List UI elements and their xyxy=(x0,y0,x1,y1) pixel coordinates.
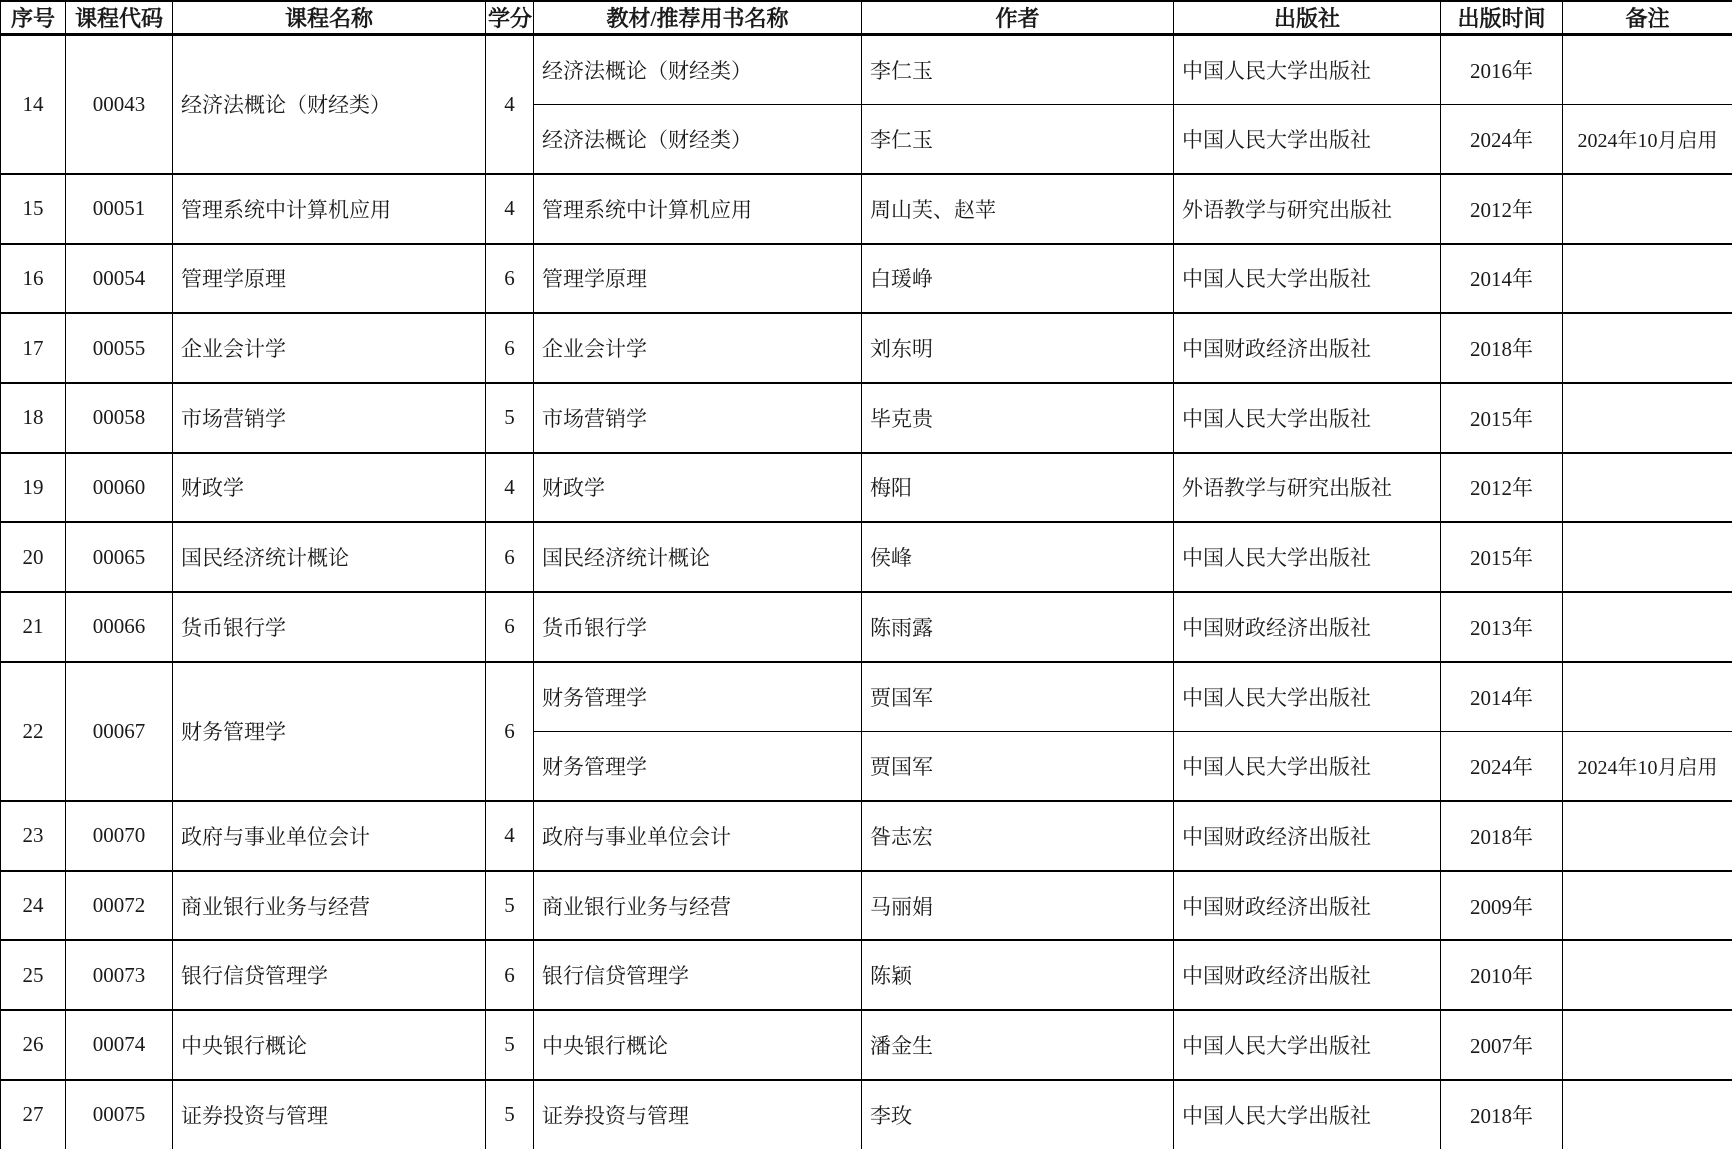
cell-serial: 21 xyxy=(1,592,66,662)
column-header-publisher: 出版社 xyxy=(1174,1,1441,35)
cell-publish-year: 2024年 xyxy=(1441,731,1563,801)
cell-author: 潘金生 xyxy=(862,1010,1174,1080)
cell-serial: 17 xyxy=(1,313,66,383)
cell-credits: 5 xyxy=(486,383,534,453)
cell-author: 李仁玉 xyxy=(862,104,1174,174)
cell-publish-year: 2012年 xyxy=(1441,453,1563,523)
header-row: 序号课程代码课程名称学分教材/推荐用书名称作者出版社出版时间备注 xyxy=(1,1,1732,35)
column-header-course-code: 课程代码 xyxy=(66,1,173,35)
cell-credits: 4 xyxy=(486,35,534,174)
cell-course-name: 财政学 xyxy=(173,453,486,523)
table-row: 1900060财政学4财政学梅阳外语教学与研究出版社2012年 xyxy=(1,453,1732,523)
cell-publisher: 中国财政经济出版社 xyxy=(1174,592,1441,662)
table-row: 2500073银行信贷管理学6银行信贷管理学陈颖中国财政经济出版社2010年 xyxy=(1,940,1732,1010)
cell-book-title: 商业银行业务与经营 xyxy=(534,871,862,941)
cell-book-title: 财务管理学 xyxy=(534,731,862,801)
column-header-author: 作者 xyxy=(862,1,1174,35)
cell-author: 李玫 xyxy=(862,1080,1174,1149)
cell-course-name: 管理系统中计算机应用 xyxy=(173,174,486,244)
cell-book-title: 财务管理学 xyxy=(534,662,862,732)
cell-note xyxy=(1563,522,1732,592)
cell-publisher: 中国人民大学出版社 xyxy=(1174,522,1441,592)
cell-author: 贾国军 xyxy=(862,731,1174,801)
cell-serial: 22 xyxy=(1,662,66,801)
column-header-publish-year: 出版时间 xyxy=(1441,1,1563,35)
cell-note xyxy=(1563,35,1732,105)
cell-serial: 16 xyxy=(1,244,66,314)
cell-serial: 14 xyxy=(1,35,66,174)
cell-author: 昝志宏 xyxy=(862,801,1174,871)
cell-course-name: 政府与事业单位会计 xyxy=(173,801,486,871)
cell-note xyxy=(1563,174,1732,244)
cell-publish-year: 2013年 xyxy=(1441,592,1563,662)
course-textbook-table: 序号课程代码课程名称学分教材/推荐用书名称作者出版社出版时间备注 1400043… xyxy=(0,0,1732,1149)
cell-credits: 6 xyxy=(486,244,534,314)
cell-course-name: 国民经济统计概论 xyxy=(173,522,486,592)
cell-publish-year: 2014年 xyxy=(1441,244,1563,314)
table-row: 1800058市场营销学5市场营销学毕克贵中国人民大学出版社2015年 xyxy=(1,383,1732,453)
cell-publisher: 中国人民大学出版社 xyxy=(1174,1010,1441,1080)
cell-course-code: 00055 xyxy=(66,313,173,383)
cell-course-code: 00073 xyxy=(66,940,173,1010)
cell-course-code: 00054 xyxy=(66,244,173,314)
cell-note xyxy=(1563,592,1732,662)
cell-author: 侯峰 xyxy=(862,522,1174,592)
cell-serial: 26 xyxy=(1,1010,66,1080)
cell-publish-year: 2009年 xyxy=(1441,871,1563,941)
table-row: 1500051管理系统中计算机应用4管理系统中计算机应用周山芙、赵苹外语教学与研… xyxy=(1,174,1732,244)
cell-note: 2024年10月启用 xyxy=(1563,104,1732,174)
cell-publisher: 外语教学与研究出版社 xyxy=(1174,174,1441,244)
cell-book-title: 政府与事业单位会计 xyxy=(534,801,862,871)
table-row: 1400043经济法概论（财经类）4经济法概论（财经类）李仁玉中国人民大学出版社… xyxy=(1,35,1732,105)
cell-publisher: 中国财政经济出版社 xyxy=(1174,940,1441,1010)
cell-book-title: 国民经济统计概论 xyxy=(534,522,862,592)
cell-publish-year: 2015年 xyxy=(1441,522,1563,592)
cell-note xyxy=(1563,244,1732,314)
cell-publish-year: 2012年 xyxy=(1441,174,1563,244)
cell-author: 梅阳 xyxy=(862,453,1174,523)
cell-note xyxy=(1563,801,1732,871)
cell-credits: 4 xyxy=(486,453,534,523)
table-row: 2100066货币银行学6货币银行学陈雨露中国财政经济出版社2013年 xyxy=(1,592,1732,662)
cell-course-name: 中央银行概论 xyxy=(173,1010,486,1080)
table-body: 1400043经济法概论（财经类）4经济法概论（财经类）李仁玉中国人民大学出版社… xyxy=(1,35,1732,1149)
cell-book-title: 市场营销学 xyxy=(534,383,862,453)
cell-author: 毕克贵 xyxy=(862,383,1174,453)
cell-author: 李仁玉 xyxy=(862,35,1174,105)
cell-course-name: 证券投资与管理 xyxy=(173,1080,486,1149)
cell-serial: 20 xyxy=(1,522,66,592)
cell-author: 白瑗峥 xyxy=(862,244,1174,314)
cell-publish-year: 2016年 xyxy=(1441,35,1563,105)
cell-book-title: 财政学 xyxy=(534,453,862,523)
cell-book-title: 货币银行学 xyxy=(534,592,862,662)
cell-note xyxy=(1563,940,1732,1010)
cell-note xyxy=(1563,1080,1732,1149)
column-header-credits: 学分 xyxy=(486,1,534,35)
cell-serial: 23 xyxy=(1,801,66,871)
table-row: 2600074中央银行概论5中央银行概论潘金生中国人民大学出版社2007年 xyxy=(1,1010,1732,1080)
cell-course-name: 经济法概论（财经类） xyxy=(173,35,486,174)
cell-course-code: 00058 xyxy=(66,383,173,453)
table-row: 2700075证券投资与管理5证券投资与管理李玫中国人民大学出版社2018年 xyxy=(1,1080,1732,1149)
column-header-book-title: 教材/推荐用书名称 xyxy=(534,1,862,35)
cell-course-name: 企业会计学 xyxy=(173,313,486,383)
cell-publisher: 中国财政经济出版社 xyxy=(1174,871,1441,941)
cell-credits: 6 xyxy=(486,592,534,662)
cell-serial: 24 xyxy=(1,871,66,941)
column-header-remarks: 备注 xyxy=(1563,1,1732,35)
cell-course-code: 00051 xyxy=(66,174,173,244)
cell-publisher: 中国财政经济出版社 xyxy=(1174,801,1441,871)
cell-credits: 5 xyxy=(486,1010,534,1080)
cell-author: 陈颖 xyxy=(862,940,1174,1010)
cell-publish-year: 2007年 xyxy=(1441,1010,1563,1080)
cell-author: 贾国军 xyxy=(862,662,1174,732)
cell-note xyxy=(1563,662,1732,732)
cell-note xyxy=(1563,453,1732,523)
cell-serial: 15 xyxy=(1,174,66,244)
cell-book-title: 企业会计学 xyxy=(534,313,862,383)
cell-note xyxy=(1563,383,1732,453)
cell-credits: 5 xyxy=(486,871,534,941)
cell-note: 2024年10月启用 xyxy=(1563,731,1732,801)
cell-note xyxy=(1563,871,1732,941)
cell-credits: 5 xyxy=(486,1080,534,1149)
cell-book-title: 证券投资与管理 xyxy=(534,1080,862,1149)
cell-course-name: 货币银行学 xyxy=(173,592,486,662)
column-header-serial: 序号 xyxy=(1,1,66,35)
cell-credits: 6 xyxy=(486,940,534,1010)
cell-publish-year: 2024年 xyxy=(1441,104,1563,174)
cell-course-code: 00074 xyxy=(66,1010,173,1080)
cell-publisher: 中国人民大学出版社 xyxy=(1174,662,1441,732)
cell-course-name: 市场营销学 xyxy=(173,383,486,453)
table-row: 1600054管理学原理6管理学原理白瑗峥中国人民大学出版社2014年 xyxy=(1,244,1732,314)
cell-note xyxy=(1563,1010,1732,1080)
cell-course-code: 00066 xyxy=(66,592,173,662)
cell-course-code: 00043 xyxy=(66,35,173,174)
cell-course-code: 00072 xyxy=(66,871,173,941)
cell-publish-year: 2014年 xyxy=(1441,662,1563,732)
course-textbook-page: 序号课程代码课程名称学分教材/推荐用书名称作者出版社出版时间备注 1400043… xyxy=(0,0,1732,1149)
table-header: 序号课程代码课程名称学分教材/推荐用书名称作者出版社出版时间备注 xyxy=(1,1,1732,35)
cell-book-title: 经济法概论（财经类） xyxy=(534,104,862,174)
cell-credits: 4 xyxy=(486,174,534,244)
cell-credits: 6 xyxy=(486,522,534,592)
cell-course-name: 商业银行业务与经营 xyxy=(173,871,486,941)
cell-publish-year: 2018年 xyxy=(1441,801,1563,871)
cell-publisher: 中国财政经济出版社 xyxy=(1174,313,1441,383)
cell-publisher: 中国人民大学出版社 xyxy=(1174,1080,1441,1149)
cell-course-code: 00070 xyxy=(66,801,173,871)
cell-note xyxy=(1563,313,1732,383)
cell-serial: 25 xyxy=(1,940,66,1010)
cell-publish-year: 2018年 xyxy=(1441,1080,1563,1149)
cell-publisher: 中国人民大学出版社 xyxy=(1174,731,1441,801)
cell-course-code: 00065 xyxy=(66,522,173,592)
table-row: 2300070政府与事业单位会计4政府与事业单位会计昝志宏中国财政经济出版社20… xyxy=(1,801,1732,871)
cell-publisher: 外语教学与研究出版社 xyxy=(1174,453,1441,523)
cell-credits: 6 xyxy=(486,313,534,383)
table-row: 2200067财务管理学6财务管理学贾国军中国人民大学出版社2014年 xyxy=(1,662,1732,732)
cell-serial: 19 xyxy=(1,453,66,523)
cell-author: 周山芙、赵苹 xyxy=(862,174,1174,244)
cell-serial: 18 xyxy=(1,383,66,453)
cell-course-code: 00067 xyxy=(66,662,173,801)
cell-course-code: 00075 xyxy=(66,1080,173,1149)
cell-book-title: 管理系统中计算机应用 xyxy=(534,174,862,244)
cell-author: 马丽娟 xyxy=(862,871,1174,941)
cell-publisher: 中国人民大学出版社 xyxy=(1174,244,1441,314)
cell-book-title: 中央银行概论 xyxy=(534,1010,862,1080)
cell-credits: 4 xyxy=(486,801,534,871)
cell-serial: 27 xyxy=(1,1080,66,1149)
cell-author: 刘东明 xyxy=(862,313,1174,383)
cell-book-title: 银行信贷管理学 xyxy=(534,940,862,1010)
cell-book-title: 经济法概论（财经类） xyxy=(534,35,862,105)
cell-publish-year: 2010年 xyxy=(1441,940,1563,1010)
cell-publish-year: 2018年 xyxy=(1441,313,1563,383)
cell-course-name: 管理学原理 xyxy=(173,244,486,314)
cell-course-code: 00060 xyxy=(66,453,173,523)
cell-credits: 6 xyxy=(486,662,534,801)
cell-publish-year: 2015年 xyxy=(1441,383,1563,453)
cell-course-name: 银行信贷管理学 xyxy=(173,940,486,1010)
cell-book-title: 管理学原理 xyxy=(534,244,862,314)
column-header-course-name: 课程名称 xyxy=(173,1,486,35)
cell-author: 陈雨露 xyxy=(862,592,1174,662)
table-row: 1700055企业会计学6企业会计学刘东明中国财政经济出版社2018年 xyxy=(1,313,1732,383)
table-row: 2400072商业银行业务与经营5商业银行业务与经营马丽娟中国财政经济出版社20… xyxy=(1,871,1732,941)
cell-publisher: 中国人民大学出版社 xyxy=(1174,35,1441,105)
table-row: 2000065国民经济统计概论6国民经济统计概论侯峰中国人民大学出版社2015年 xyxy=(1,522,1732,592)
cell-publisher: 中国人民大学出版社 xyxy=(1174,383,1441,453)
cell-course-name: 财务管理学 xyxy=(173,662,486,801)
cell-publisher: 中国人民大学出版社 xyxy=(1174,104,1441,174)
